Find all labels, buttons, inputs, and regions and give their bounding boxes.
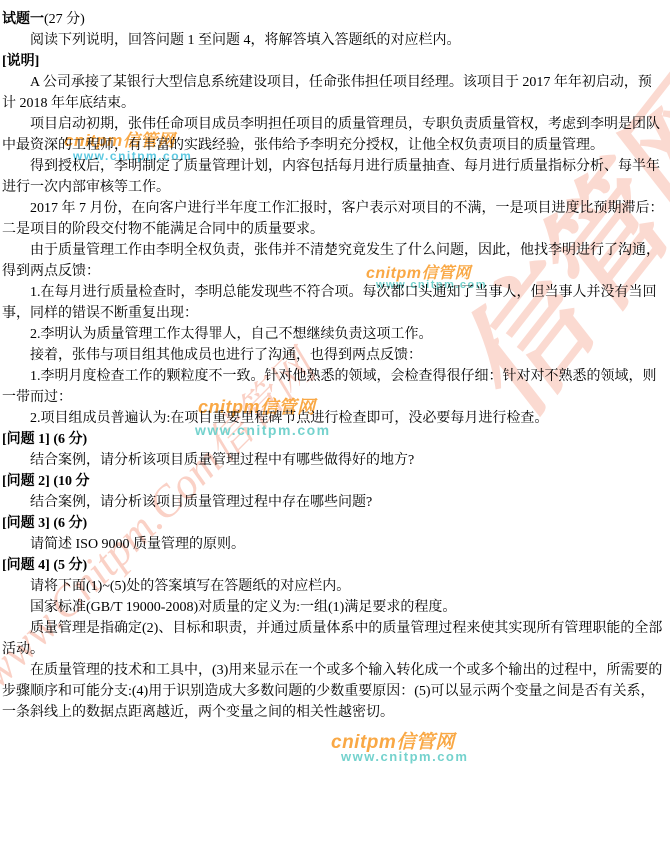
question-line: 结合案例，请分析该项目质量管理过程中存在哪些问题? bbox=[2, 492, 664, 513]
description-list-item: 1.在每月进行质量检查时，李明总能发现些不符合项。每次都口头通知了当事人，但当事… bbox=[2, 282, 664, 324]
question-line: 在质量管理的技术和工具中，(3)用来显示在一个或多个输入转化成一个或多个输出的过… bbox=[2, 660, 664, 723]
exam-document-page: { "exam": { "title": "试题一", "title_score… bbox=[0, 0, 670, 865]
url-watermark: www.cnitpm.com bbox=[341, 749, 468, 764]
description-paragraph: A 公司承接了某银行大型信息系统建设项目，任命张伟担任项目经理。该项目于 201… bbox=[2, 72, 664, 114]
question-label: [问题 3] bbox=[2, 516, 50, 531]
exam-title-score: (27 分) bbox=[44, 12, 85, 27]
question-line: 结合案例，请分析该项目质量管理过程中有哪些做得好的地方? bbox=[2, 450, 664, 471]
description-paragraph: 2017 年 7 月份，在向客户进行半年度工作汇报时，客户表示对项目的不满，一是… bbox=[2, 198, 664, 240]
description-paragraph: 由于质量管理工作由李明全权负责，张伟并不清楚究竟发生了什么问题，因此，他找李明进… bbox=[2, 240, 664, 282]
description-paragraph: 接着，张伟与项目组其他成员也进行了沟通，也得到两点反馈： bbox=[2, 345, 664, 366]
brand-watermark: cnitpm信管网 bbox=[331, 727, 455, 754]
question-line: 请简述 ISO 9000 质量管理的原则。 bbox=[2, 534, 664, 555]
question-label: [问题 2] bbox=[2, 474, 50, 489]
description-paragraph: 项目启动初期，张伟任命项目成员李明担任项目的质量管理员，专职负责质量管权，考虑到… bbox=[2, 114, 664, 156]
exam-title-line: 试题一(27 分) bbox=[2, 9, 664, 30]
description-list-item: 1.李明月度检查工作的颗粒度不一致。针对他熟悉的领域，会检查得很仔细：针对对不熟… bbox=[2, 366, 664, 408]
question-heading: [问题 2] (10 分 bbox=[2, 471, 664, 492]
question-heading: [问题 4] (5 分) bbox=[2, 555, 664, 576]
question-score: (6 分) bbox=[53, 516, 87, 531]
question-score: (10 分 bbox=[53, 474, 89, 489]
question-label: [问题 1] bbox=[2, 432, 50, 447]
question-heading: [问题 1] (6 分) bbox=[2, 429, 664, 450]
question-line: 国家标准(GB/T 19000-2008)对质量的定义为:一组(1)满足要求的程… bbox=[2, 597, 664, 618]
exam-page: 试题一(27 分) 阅读下列说明，回答问题 1 至问题 4，将解答填入答题纸的对… bbox=[0, 0, 670, 723]
exam-title: 试题一 bbox=[2, 12, 44, 27]
question-line: 请将下面(1)~(5)处的答案填写在答题纸的对应栏内。 bbox=[2, 576, 664, 597]
question-label: [问题 4] bbox=[2, 558, 50, 573]
question-line: 质量管理是指确定(2)、目标和职责，并通过质量体系中的质量管理过程来使其实现所有… bbox=[2, 618, 664, 660]
description-paragraph: 得到授权后，李明制定了质量管理计划，内容包括每月进行质量抽查、每月进行质量指标分… bbox=[2, 156, 664, 198]
description-list-item: 2.李明认为质量管理工作太得罪人，自己不想继续负责这项工作。 bbox=[2, 324, 664, 345]
exam-instruction: 阅读下列说明，回答问题 1 至问题 4，将解答填入答题纸的对应栏内。 bbox=[2, 30, 664, 51]
description-heading: [说明] bbox=[2, 51, 664, 72]
description-list-item: 2.项目组成员普遍认为:在项目重要里程碑节点进行检查即可，没必要每月进行检查。 bbox=[2, 408, 664, 429]
question-heading: [问题 3] (6 分) bbox=[2, 513, 664, 534]
question-score: (6 分) bbox=[53, 432, 87, 447]
question-score: (5 分) bbox=[53, 558, 87, 573]
